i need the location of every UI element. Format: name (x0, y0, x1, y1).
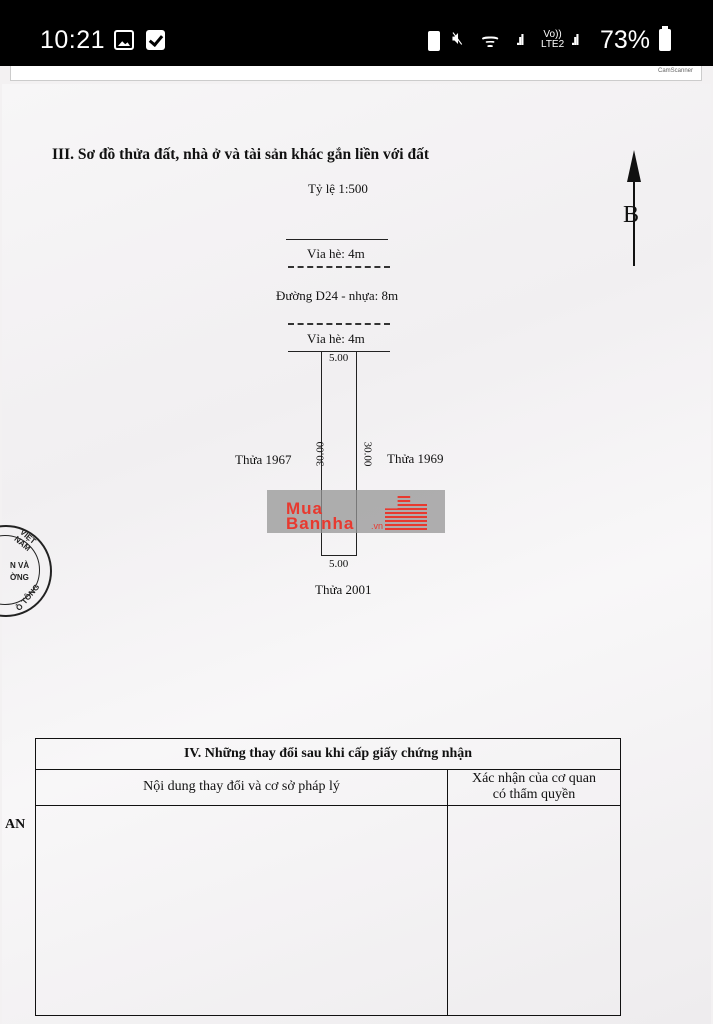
clock: 10:21 (40, 26, 105, 55)
table-header-row: Nội dung thay đổi và cơ sở pháp lý Xác n… (36, 769, 620, 806)
stamp-text: ỜNG (10, 573, 29, 582)
signal-icon: .ıl (516, 32, 523, 49)
table-cell-confirmation (448, 805, 620, 1015)
camscanner-watermark: CamScanner (658, 68, 693, 74)
stamp-text: N VÀ (10, 561, 29, 570)
watermark-line2: Bannha (286, 516, 354, 532)
muabannha-watermark: Mua Bannha .vn (267, 490, 445, 533)
neighbor-parcel-bottom: Thửa 2001 (315, 582, 372, 598)
battery-percent: 73% (600, 26, 650, 55)
gallery-icon (114, 30, 134, 50)
battery-icon (659, 29, 671, 51)
lot-dimension-bottom: 5.00 (329, 558, 348, 570)
scan-page-edge: CamScanner (10, 66, 702, 81)
lot-dimension-right: 30.00 (361, 442, 373, 467)
scale-label: Tỷ lệ 1:500 (308, 181, 368, 197)
battery-saver-icon (428, 31, 440, 51)
watermark-suffix: .vn (371, 521, 383, 531)
signal-icon: .ıl (571, 32, 578, 49)
changes-table: IV. Những thay đổi sau khi cấp giấy chứn… (35, 738, 621, 1016)
check-icon (146, 30, 165, 50)
margin-text: AN (5, 817, 25, 833)
status-bar: 10:21 🔇︎ ᯤ .ıl Vo))LTE2 .ıl 73% (0, 0, 713, 66)
table-cell-changes (36, 805, 447, 1015)
sidewalk-edge-line (286, 239, 388, 240)
column-header-confirmation: Xác nhận của cơ quancó thẩm quyền (448, 771, 620, 803)
building-logo-icon (385, 494, 427, 530)
column-header-changes: Nội dung thay đổi và cơ sở pháp lý (36, 779, 447, 795)
arrow-up-icon (627, 150, 641, 182)
lot-dimension-top: 5.00 (329, 352, 348, 364)
north-arrow: B (622, 150, 646, 268)
neighbor-parcel-left: Thửa 1967 (235, 452, 292, 468)
sidewalk-top-label: Vỉa hè: 4m (307, 246, 365, 262)
lot-dimension-left: 30.00 (314, 442, 326, 467)
bleed-through-text (78, 165, 81, 177)
road-edge-dashed-line (288, 323, 390, 325)
road-edge-dashed-line (288, 266, 390, 268)
sidewalk-bottom-label: Vỉa hè: 4m (307, 331, 365, 347)
volte-lte2-icon: Vo))LTE2 (541, 30, 564, 50)
road-name-label: Đường D24 - nhựa: 8m (276, 288, 398, 304)
mute-icon: 🔇︎ (452, 28, 463, 49)
section-iv-title: IV. Những thay đổi sau khi cấp giấy chứn… (36, 739, 620, 770)
neighbor-parcel-right: Thửa 1969 (387, 451, 444, 467)
north-label: B (623, 202, 639, 229)
section-iii-title: III. Sơ đồ thửa đất, nhà ở và tài sản kh… (52, 146, 429, 164)
wifi-icon: ᯤ (481, 26, 499, 53)
